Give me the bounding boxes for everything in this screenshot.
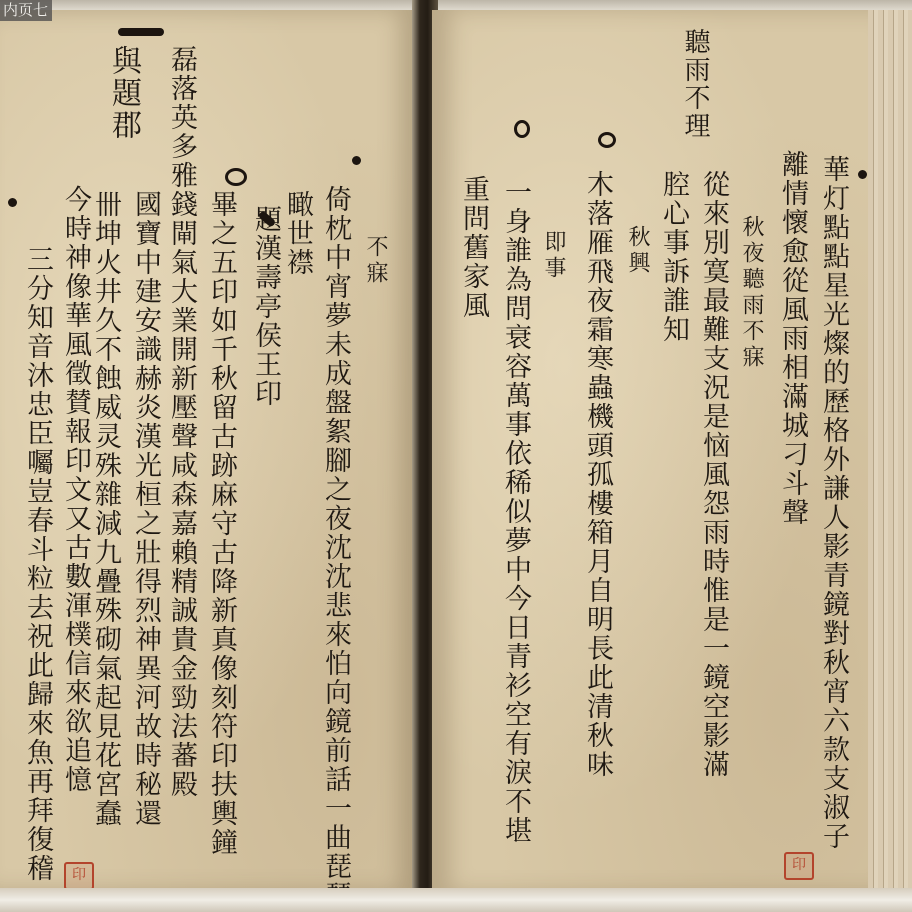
text-column: 從來別寞最難支況是恼風怨雨時惟是一鏡空影滿 <box>698 170 728 779</box>
text-column: 倚枕中宵夢未成盤絮腳之夜沈沈悲來怕向鏡前話一曲琵琶 <box>320 185 350 910</box>
heading-column: 與題郡 <box>108 45 138 141</box>
circle-mark <box>225 168 247 186</box>
ink-stroke <box>118 28 164 36</box>
ink-dot <box>352 156 361 165</box>
poem-title: 秋興 <box>622 225 652 277</box>
text-column: 磊落英多雅錢閘氣大業開新壓聲咸森嘉賴精誠貴金勁法蕃殿 <box>166 45 196 799</box>
text-column: 三分知音沐忠臣囑豈春斗粒去祝此歸來魚再拜復稽 <box>22 245 52 883</box>
text-column: 重問舊家風 <box>458 175 488 320</box>
text-column: 今時神像華風徵賛報印文又古數渾樸信來欲追憶 <box>60 185 90 794</box>
red-seal: 印 <box>64 862 94 890</box>
text-column: 華灯點點星光燦的歷格外謙人影青鏡對秋宵六款支淑子 <box>818 155 848 851</box>
book-bottom-edge <box>0 888 912 912</box>
text-column: 木落雁飛夜霜寒蟲機頭孤樓箱月自明長此清秋味 <box>582 170 612 779</box>
poem-title: 即事 <box>538 230 568 282</box>
right-page: 聽雨不理 華灯點點星光燦的歷格外謙人影青鏡對秋宵六款支淑子 離情懷愈從風雨相滿城… <box>432 10 872 892</box>
book-fore-edge <box>868 10 912 892</box>
poem-title: 不寐 <box>360 235 390 287</box>
poem-title: 題漢壽亭侯王印 <box>250 205 280 408</box>
text-column: 離情懷愈從風雨相滿城刁斗聲 <box>777 150 807 527</box>
text-column: 卌坤火井久不蝕威灵殊雜減九疊殊砌氣起見花宮蠢 <box>90 190 120 828</box>
text-column: 畢之五印如千秋留古跡麻守古降新真像刻符印扶輿鐘 <box>206 190 236 857</box>
page-label: 内页七 <box>0 0 52 21</box>
text-column: 瞰世襟 <box>282 190 312 277</box>
ink-dot <box>8 198 17 207</box>
circle-mark <box>514 120 530 138</box>
text-column: 一身誰為問衰容萬事依稀似夢中今日青衫空有淚不堪 <box>500 178 530 845</box>
poem-title: 秋夜聽雨不寐 <box>736 215 766 371</box>
circle-mark <box>598 132 616 148</box>
red-seal: 印 <box>784 852 814 880</box>
left-page: 三分知音沐忠臣囑豈春斗粒去祝此歸來魚再拜復稽 今時神像華風徵賛報印文又古數渾樸信… <box>0 10 418 892</box>
ink-dot <box>858 170 867 179</box>
text-column: 腔心事訴誰知 <box>658 170 688 344</box>
text-column: 國寶中建安識赫炎漢光桓之壯得烈神異河故時秘還 <box>130 190 160 828</box>
poem-title: 聽雨不理 <box>680 28 710 140</box>
